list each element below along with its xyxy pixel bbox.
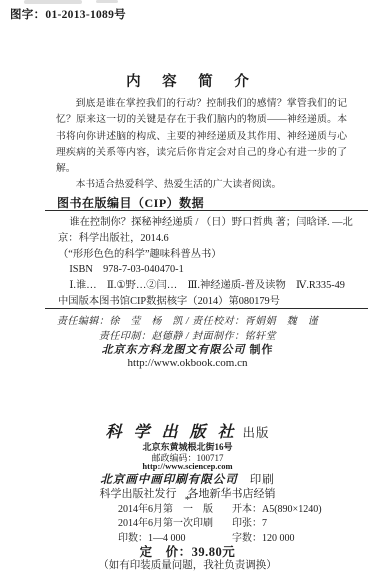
scan-artifact — [24, 0, 82, 4]
cip-rule-top — [45, 210, 368, 211]
edition-row: 2014年6月第 一 版 开本：A5(890×1240) — [118, 503, 322, 517]
publisher-role: 出版 — [243, 426, 270, 440]
producer-url: http://www.okbook.com.cn — [0, 357, 375, 369]
cip-entry-line1: 谁在控制你？探秘神经递质 / （日）野口哲典 著；闫晗译. —北 — [58, 215, 370, 231]
cip-entry-line2: 京：科学出版社，2014.6 — [58, 231, 370, 247]
publisher-url: http://www.sciencep.com — [0, 461, 375, 471]
summary-title: 内 容 简 介 — [0, 70, 375, 91]
cip-series: （“形形色色的科学”趣味科普丛书） — [58, 247, 370, 263]
publisher-name: 科 学 出 版 社 — [105, 424, 237, 441]
producer-company-name: 北京东方科龙图文有限公司 — [102, 344, 246, 356]
quality-note: （如有印装质量问题，我社负责调换） — [0, 557, 375, 572]
summary-body: 到底是谁在掌控我们的行动？控制我们的感情？掌管我们的记忆？原来这一切的关键是存在… — [56, 96, 347, 194]
edition-info-table: 2014年6月第 一 版 开本：A5(890×1240) 2014年6月第一次印… — [118, 503, 322, 546]
summary-paragraph-2: 本书适合热爱科学、热爱生活的广大读者阅读。 — [56, 177, 347, 193]
cip-header: 图书在版编目（CIP）数据 — [57, 194, 204, 211]
book-copyright-page: 图字：01-2013-1089号 内 容 简 介 到底是谁在掌控我们的行动？控制… — [0, 0, 375, 585]
producer-role: 制作 — [250, 344, 274, 356]
register-number: 图字：01-2013-1089号 — [10, 6, 126, 22]
publisher-line: 科 学 出 版 社出版 — [0, 419, 375, 442]
cip-isbn: ISBN 978-7-03-040470-1 — [58, 262, 370, 278]
scan-artifact — [96, 0, 118, 3]
summary-paragraph-1: 到底是谁在掌控我们的行动？控制我们的感情？掌管我们的记忆？原来这一切的关键是存在… — [56, 96, 347, 177]
cip-body: 谁在控制你？探秘神经递质 / （日）野口哲典 著；闫晗译. —北 京：科学出版社… — [58, 215, 370, 310]
producer-line: 北京东方科龙图文有限公司制作 — [0, 341, 375, 357]
sheet-count: 印张：7 — [232, 517, 267, 531]
credit-print-design: 责任印制：赵德静 / 封面制作：铭轩堂 — [0, 327, 375, 342]
cip-classification: Ⅰ.谁… Ⅱ.①野…②闫… Ⅲ.神经递质-普及读物 Ⅳ.R335-49 — [58, 278, 370, 294]
credit-editors: 责任编辑：徐 莹 杨 凯 / 责任校对：胥娟娟 魏 谨 — [0, 312, 375, 327]
cip-rule-bottom — [45, 308, 368, 309]
printing-date: 2014年6月第一次印刷 — [118, 517, 218, 531]
format-spec: 开本：A5(890×1240) — [232, 503, 322, 517]
edition-date: 2014年6月第 一 版 — [118, 503, 218, 517]
edition-row: 2014年6月第一次印刷 印张：7 — [118, 517, 322, 531]
